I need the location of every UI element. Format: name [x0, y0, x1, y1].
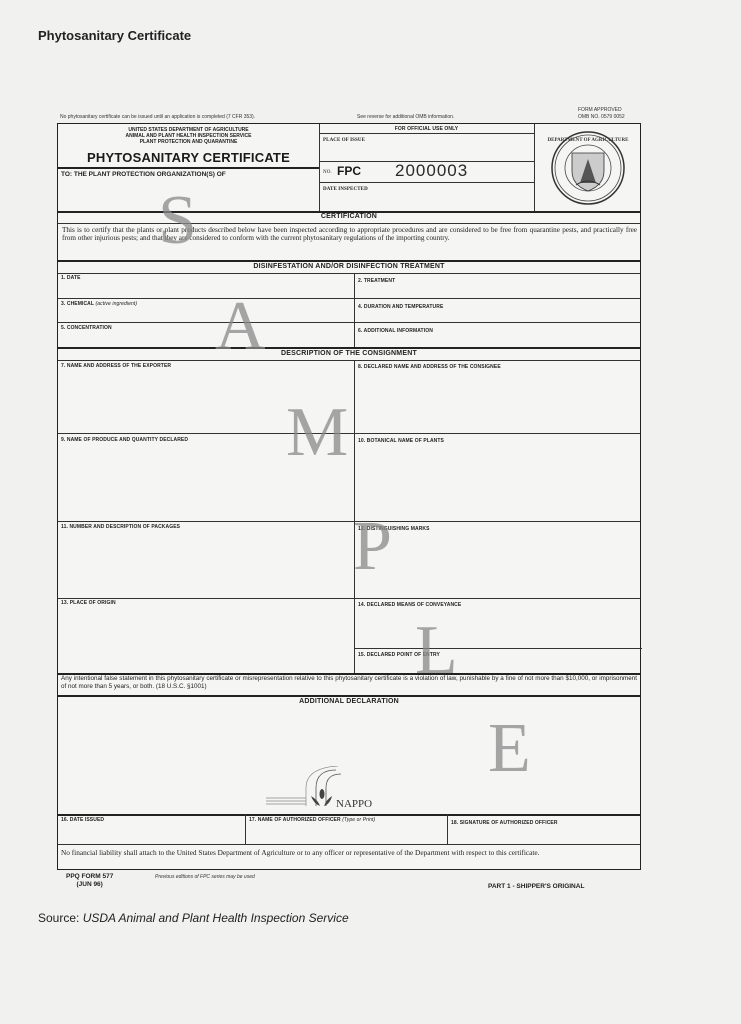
watermark-letter-s: S: [158, 186, 197, 256]
field-7-exporter-label: 7. NAME AND ADDRESS OF THE EXPORTER: [61, 363, 171, 369]
form-number: PPQ FORM 577: [66, 873, 113, 881]
field-10-botanical-label: 10. BOTANICAL NAME OF PLANTS: [358, 438, 444, 444]
form-date: (JUN 96): [66, 881, 113, 889]
watermark-letter-e: E: [488, 714, 531, 784]
field-11-packages-label: 11. NUMBER AND DESCRIPTION OF PACKAGES: [61, 524, 180, 530]
additional-declaration-header: ADDITIONAL DECLARATION: [58, 698, 640, 705]
field-11-packages-input[interactable]: [60, 531, 352, 596]
field-1-date-input[interactable]: [60, 281, 352, 296]
date-inspected-label: DATE INSPECTED: [323, 187, 368, 192]
agency-line-3: PLANT PROTECTION AND QUARANTINE: [58, 139, 319, 145]
field-17-officer-name-input[interactable]: [247, 824, 445, 842]
certificate-number: 2000003: [395, 161, 468, 181]
date-inspected-field[interactable]: [320, 194, 532, 209]
field-14-conveyance-input[interactable]: [356, 609, 638, 646]
page-title: Phytosanitary Certificate: [38, 28, 191, 43]
application-notice: No phytosanitary certificate can be issu…: [60, 114, 255, 120]
field-5-concentration-input[interactable]: [60, 331, 352, 345]
place-of-issue-label: PLACE OF ISSUE: [323, 138, 365, 143]
treatment-header: DISINFESTATION AND/OR DISINFECTION TREAT…: [58, 263, 640, 270]
field-17-officer-name-label: 17. NAME OF AUTHORIZED OFFICER (Type or …: [249, 817, 375, 823]
field-3-chemical-input[interactable]: [60, 307, 352, 321]
place-of-issue-field[interactable]: [320, 144, 532, 160]
nappo-logo-icon: [266, 766, 346, 810]
watermark-letter-p: P: [353, 512, 392, 582]
field-12-marks-input[interactable]: [356, 533, 638, 596]
false-statement-warning: Any intentional false statement in this …: [61, 675, 637, 690]
field-6-additional-info-input[interactable]: [356, 334, 638, 345]
additional-declaration-field[interactable]: [60, 709, 638, 809]
to-organization-label: TO: THE PLANT PROTECTION ORGANIZATION(S)…: [61, 171, 226, 178]
field-13-origin-input[interactable]: [60, 607, 352, 671]
certification-header: CERTIFICATION: [58, 213, 640, 220]
field-4-duration-input[interactable]: [356, 310, 638, 321]
form-identifier: PPQ FORM 577 (JUN 96): [66, 873, 113, 889]
form-approved-label: FORM APPROVED: [578, 107, 622, 113]
field-10-botanical-input[interactable]: [356, 445, 638, 519]
official-use-label: FOR OFFICIAL USE ONLY: [319, 126, 534, 132]
usda-seal-icon: DEPARTMENT OF AGRICULTURE: [542, 129, 634, 207]
omb-number: OMB NO. 0579 0052: [578, 114, 625, 120]
phytosanitary-certificate-form: UNITED STATES DEPARTMENT OF AGRICULTURE …: [57, 123, 641, 870]
field-8-consignee-label: 8. DECLARED NAME AND ADDRESS OF THE CONS…: [358, 364, 501, 370]
field-8-consignee-input[interactable]: [356, 371, 638, 430]
field-16-date-issued-input[interactable]: [60, 824, 243, 842]
previous-editions-note: Previous editions of FPC series may be u…: [155, 874, 255, 880]
field-16-date-issued-label: 16. DATE ISSUED: [61, 817, 104, 823]
field-14-conveyance-label: 14. DECLARED MEANS OF CONVEYANCE: [358, 602, 461, 608]
omb-reverse-notice: See reverse for additional OMB informati…: [357, 114, 454, 120]
fpc-prefix: FPC: [337, 164, 361, 178]
field-2-treatment-input[interactable]: [356, 284, 638, 296]
field-18-signature-input[interactable]: [449, 827, 638, 842]
source-credit: Source: USDA Animal and Plant Health Ins…: [38, 911, 349, 925]
consignment-header: DESCRIPTION OF THE CONSIGNMENT: [58, 350, 640, 357]
svg-text:DEPARTMENT OF AGRICULTURE: DEPARTMENT OF AGRICULTURE: [548, 138, 630, 143]
watermark-letter-m: M: [286, 398, 348, 468]
part-label: PART 1 - SHIPPER'S ORIGINAL: [488, 883, 584, 890]
field-15-point-of-entry-input[interactable]: [356, 659, 638, 671]
field-18-signature-label: 18. SIGNATURE OF AUTHORIZED OFFICER: [451, 820, 558, 826]
number-label: NO.: [323, 170, 332, 175]
watermark-letter-l: L: [415, 616, 458, 686]
liability-disclaimer: No financial liability shall attach to t…: [61, 848, 638, 857]
nappo-logo-text: NAPPO: [336, 798, 372, 810]
field-13-origin-label: 13. PLACE OF ORIGIN: [61, 600, 116, 606]
certification-statement: This is to certify that the plants or pl…: [62, 227, 637, 242]
watermark-letter-a: A: [215, 292, 266, 362]
certificate-title: PHYTOSANITARY CERTIFICATE: [58, 150, 319, 165]
field-9-produce-label: 9. NAME OF PRODUCE AND QUANTITY DECLARED: [61, 437, 188, 443]
